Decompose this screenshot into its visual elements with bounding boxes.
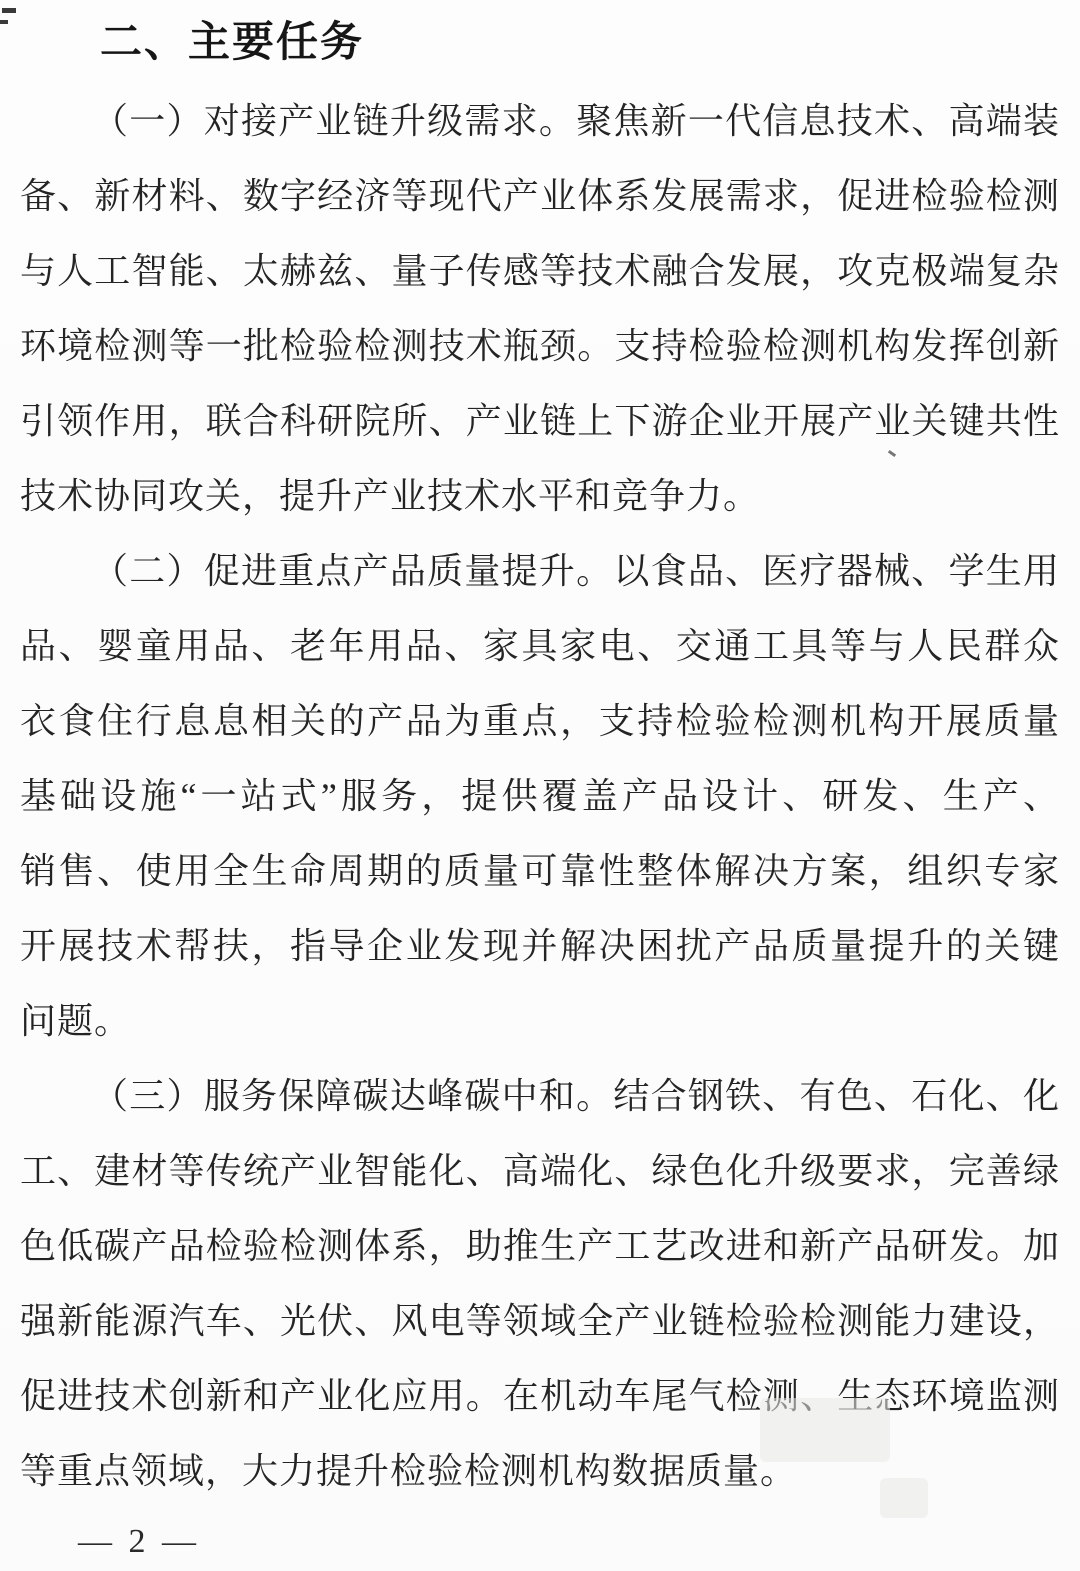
text-line: 基础设施“一站式”服务，提供覆盖产品设计、研发、生产、 xyxy=(20,759,1060,834)
text-line: （二）促进重点产品质量提升。以食品、医疗器械、学生用 xyxy=(20,534,1060,609)
text-line: 与人工智能、太赫兹、量子传感等技术融合发展，攻克极端复杂 xyxy=(20,234,1060,309)
text-line: 问题。 xyxy=(20,984,1060,1059)
text-line: 备、新材料、数字经济等现代产业体系发展需求，促进检验检测 xyxy=(20,159,1060,234)
text-line: 衣食住行息息相关的产品为重点，支持检验检测机构开展质量 xyxy=(20,684,1060,759)
text-line: 强新能源汽车、光伏、风电等领域全产业链检验检测能力建设， xyxy=(20,1284,1060,1359)
document-body: （一）对接产业链升级需求。聚焦新一代信息技术、高端装备、新材料、数字经济等现代产… xyxy=(20,84,1060,1509)
page-number: — 2 — xyxy=(78,1523,1060,1561)
text-line: 技术协同攻关，提升产业技术水平和竞争力。 xyxy=(20,459,1060,534)
text-line: 引领作用，联合科研院所、产业链上下游企业开展产业关键共性 xyxy=(20,384,1060,459)
text-line: 品、婴童用品、老年用品、家具家电、交通工具等与人民群众 xyxy=(20,609,1060,684)
document-page: 二、主要任务 （一）对接产业链升级需求。聚焦新一代信息技术、高端装备、新材料、数… xyxy=(0,0,1080,1571)
text-line: 促进技术创新和产业化应用。在机动车尾气检测、生态环境监测 xyxy=(20,1359,1060,1434)
text-line: 色低碳产品检验检测体系，助推生产工艺改进和新产品研发。加 xyxy=(20,1209,1060,1284)
text-line: 销售、使用全生命周期的质量可靠性整体解决方案，组织专家 xyxy=(20,834,1060,909)
text-line: （一）对接产业链升级需求。聚焦新一代信息技术、高端装 xyxy=(20,84,1060,159)
section-heading: 二、主要任务 xyxy=(100,14,1060,72)
text-line: （三）服务保障碳达峰碳中和。结合钢铁、有色、石化、化 xyxy=(20,1059,1060,1134)
text-line: 工、建材等传统产业智能化、高端化、绿色化升级要求，完善绿 xyxy=(20,1134,1060,1209)
scan-speck xyxy=(2,8,16,13)
text-line: 环境检测等一批检验检测技术瓶颈。支持检验检测机构发挥创新 xyxy=(20,309,1060,384)
text-line: 等重点领域，大力提升检验检测机构数据质量。 xyxy=(20,1434,1060,1509)
text-line: 开展技术帮扶，指导企业发现并解决困扰产品质量提升的关键 xyxy=(20,909,1060,984)
scan-speck xyxy=(0,20,8,24)
